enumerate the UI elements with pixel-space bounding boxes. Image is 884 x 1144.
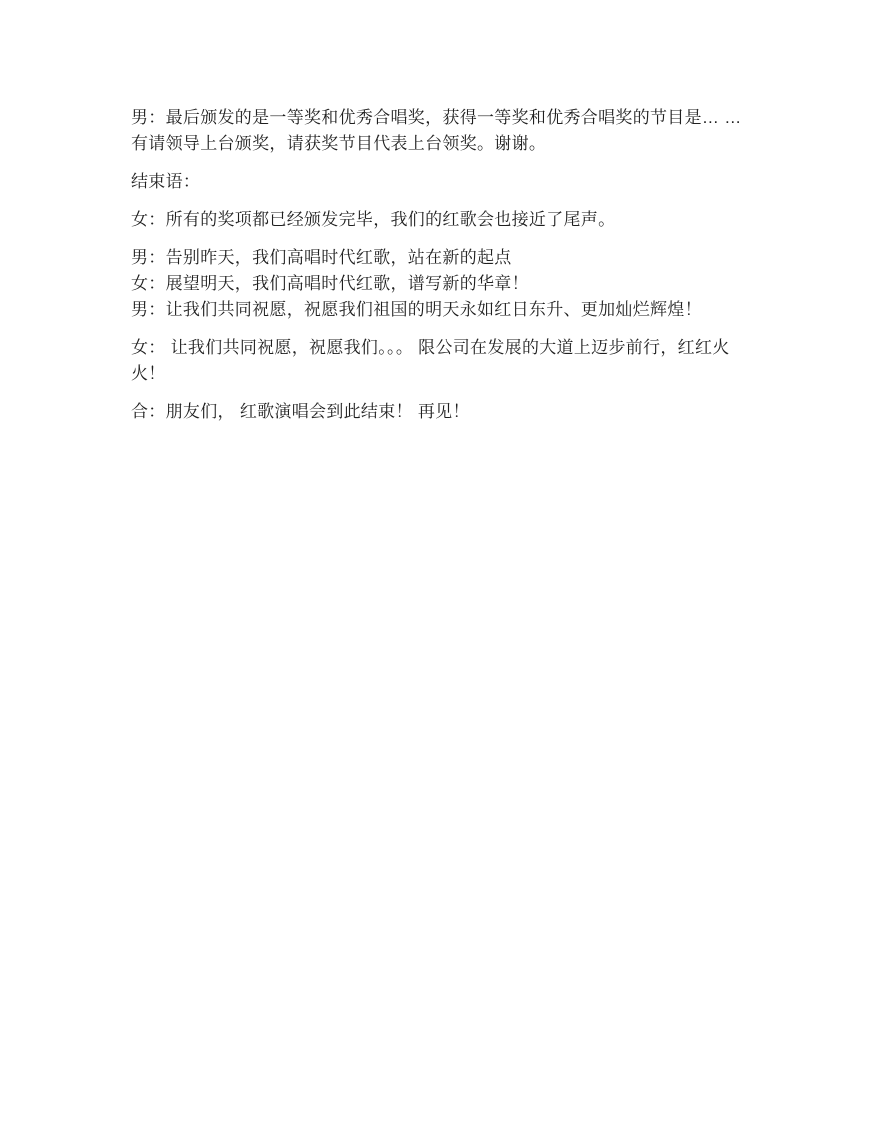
paragraph-closing-remarks-heading: 结束语： [131, 169, 761, 195]
text-line: 男：告别昨天，我们高唱时代红歌，站在新的起点 [131, 245, 761, 271]
paragraph-alternating-wishes: 男：告别昨天，我们高唱时代红歌，站在新的起点 女：展望明天，我们高唱时代红歌，谱… [131, 245, 761, 323]
paragraph-female-company-wishes: 女： 让我们共同祝愿，祝愿我们。。。 限公司在发展的大道上迈步前行，红红火 火！ [131, 335, 761, 387]
text-line: 男：最后颁发的是一等奖和优秀合唱奖，获得一等奖和优秀合唱奖的节目是… … [131, 105, 761, 131]
text-line: 女：展望明天，我们高唱时代红歌，谱写新的华章！ [131, 271, 761, 297]
text-line: 火！ [131, 361, 761, 387]
text-line: 合：朋友们， 红歌演唱会到此结束！ 再见！ [131, 399, 761, 425]
paragraph-female-awards-complete: 女：所有的奖项都已经颁发完毕，我们的红歌会也接近了尾声。 [131, 207, 761, 233]
paragraph-male-award-announcement: 男：最后颁发的是一等奖和优秀合唱奖，获得一等奖和优秀合唱奖的节目是… … 有请领… [131, 105, 761, 157]
text-line: 结束语： [131, 169, 761, 195]
text-line: 女：所有的奖项都已经颁发完毕，我们的红歌会也接近了尾声。 [131, 207, 761, 233]
text-line: 有请领导上台颁奖，请获奖节目代表上台领奖。谢谢。 [131, 131, 761, 157]
paragraph-together-farewell: 合：朋友们， 红歌演唱会到此结束！ 再见！ [131, 399, 761, 425]
text-line: 女： 让我们共同祝愿，祝愿我们。。。 限公司在发展的大道上迈步前行，红红火 [131, 335, 761, 361]
document-text-block: 男：最后颁发的是一等奖和优秀合唱奖，获得一等奖和优秀合唱奖的节目是… … 有请领… [131, 105, 761, 437]
document-page: 男：最后颁发的是一等奖和优秀合唱奖，获得一等奖和优秀合唱奖的节目是… … 有请领… [0, 0, 884, 1144]
text-line: 男：让我们共同祝愿，祝愿我们祖国的明天永如红日东升、更加灿烂辉煌！ [131, 297, 761, 323]
